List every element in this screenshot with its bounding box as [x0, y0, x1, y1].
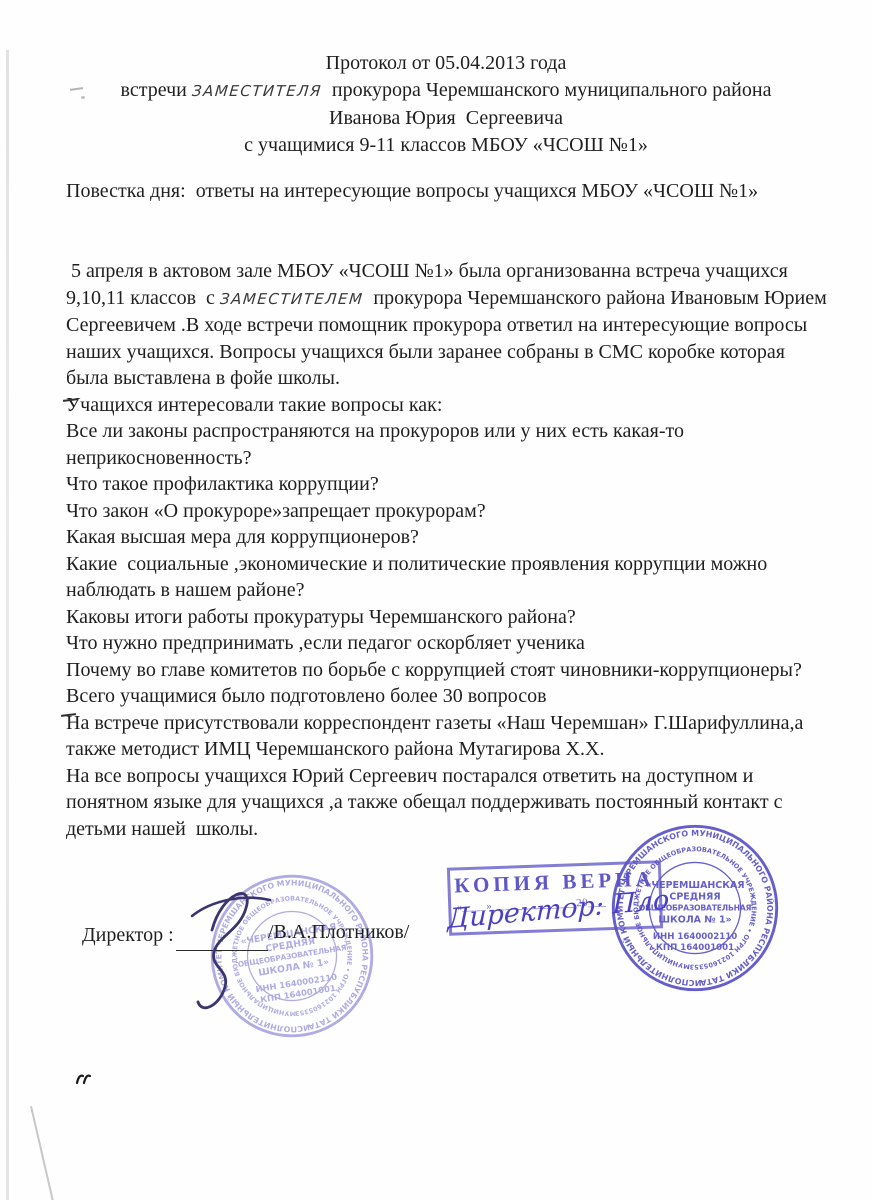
body-line: также методист ИМЦ Черемшанского района …	[66, 736, 846, 763]
ink-mark-bottom	[74, 1072, 92, 1086]
title-line-3: Иванова Юрия Сергеевича	[66, 105, 826, 132]
title-line-2-post: прокурора Черемшанского муниципального р…	[322, 79, 772, 101]
title-line-2: встречи заместителя прокурора Черемшанск…	[66, 77, 826, 105]
director-label: Директор :	[82, 924, 174, 947]
body-line: Учащихся интересовали такие вопросы как:	[66, 392, 846, 419]
title-line-4: с учащимися 9-11 классов МБОУ «ЧСОШ №1»	[66, 132, 826, 159]
body-line: Сергеевичем .В ходе встречи помощник про…	[66, 312, 846, 339]
body-line: Почему во главе комитетов по борьбе с ко…	[66, 657, 846, 684]
body-line: наших учащихся. Вопросы учащихся были за…	[66, 339, 846, 366]
title-line-1: Протокол от 05.04.2013 года	[66, 50, 826, 77]
body-text: 5 апреля в актовом зале МБОУ «ЧСОШ №1» б…	[66, 258, 846, 842]
body-line: Что такое профилактика коррупции?	[66, 471, 846, 498]
title-block: Протокол от 05.04.2013 года встречи заме…	[66, 50, 826, 159]
body-line: понятном языке для учащихся ,а также обе…	[66, 789, 846, 816]
body-line: Какая высшая мера для коррупционеров?	[66, 524, 846, 551]
page-corner-fold	[30, 1106, 54, 1200]
scanned-protocol-page: Протокол от 05.04.2013 года встречи заме…	[0, 0, 872, 1200]
title-line-2-pre: встречи	[121, 79, 192, 101]
body-line: Какие социальные ,экономические и полити…	[66, 551, 846, 578]
stamp-center-line: ИНН 1640002110	[653, 932, 737, 942]
handwritten-signature	[178, 872, 298, 1022]
body-line: 5 апреля в актовом зале МБОУ «ЧСОШ №1» б…	[66, 258, 846, 285]
stamp-center-line: КПП 164001001	[656, 943, 734, 953]
body-line: была выставлена в фойе школы.	[66, 365, 846, 392]
agenda-line: Повестка дня: ответы на интересующие воп…	[66, 180, 758, 203]
body-line: Что нужно предпринимать ,если педагог ос…	[66, 630, 846, 657]
handwritten-insert: заместителем	[219, 286, 365, 313]
handwritten-insert: заместителя	[191, 78, 323, 105]
body-line-post: прокурора Черемшанского района Ивановым …	[363, 287, 826, 309]
body-line: Всего учащимися было подготовлено более …	[66, 683, 846, 710]
scan-edge-shadow	[6, 50, 9, 1200]
body-line: Все ли законы распространяются на прокур…	[66, 418, 846, 445]
body-line: наблюдать в нашем районе?	[66, 577, 846, 604]
body-line: 9,10,11 классов с заместителем прокурора…	[66, 285, 846, 313]
body-line: Что закон «О прокуроре»запрещает прокуро…	[66, 498, 846, 525]
body-line: На встрече присутствовали корреспондент …	[66, 710, 846, 737]
body-line: Каковы итоги работы прокуратуры Черемшан…	[66, 604, 846, 631]
stamp-center-line: ШКОЛА № 1»	[658, 915, 731, 926]
body-line: неприкосновенность?	[66, 445, 846, 472]
body-line-pre: 9,10,11 классов с	[66, 287, 220, 309]
body-line: На все вопросы учащихся Юрий Сергеевич п…	[66, 763, 846, 790]
